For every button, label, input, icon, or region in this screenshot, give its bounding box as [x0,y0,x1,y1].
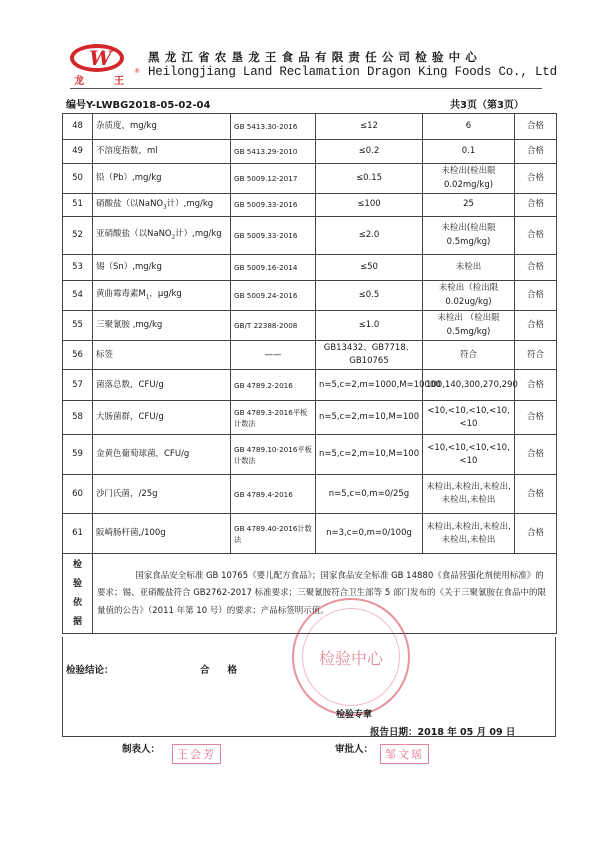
row-number: 60 [63,475,93,514]
test-method: —— [231,341,316,370]
verdict: 合格 [515,217,557,255]
verdict: 合格 [515,164,557,194]
limit-value: ≤100 [316,194,423,217]
table-row: 59金黄色葡萄球菌，CFU/gGB 4789.10-2016平板计数法n=5,c… [63,435,557,475]
table-row: 53锡（Sn）,mg/kgGB 5009.16-2014≤50未检出合格 [63,255,557,281]
limit-value: ≤0.5 [316,281,423,311]
test-method: GB 5009.16-2014 [231,255,316,281]
test-results-table: 48杂质度，mg/kgGB 5413.30-2016≤126合格49不溶度指数，… [62,113,557,634]
page-info: 共3页（第3页） [450,96,524,111]
company-logo: W 龙 王 [68,44,130,84]
test-method: GB/T 22388-2008 [231,311,316,341]
table-row: 52亚硝酸盐（以NaNO2计）,mg/kgGB 5009.33-2016≤2.0… [63,217,557,255]
registered-mark: ® [134,68,140,75]
maker-signature-stamp: 王会芳 [172,744,221,764]
approver-signature-stamp: 邹文瑶 [380,744,429,764]
row-number: 56 [63,341,93,370]
limit-value: ≤12 [316,114,423,140]
test-method: GB 4789.4-2016 [231,475,316,514]
test-item: 标签 [93,341,231,370]
test-item: 三聚氰胺 ,mg/kg [93,311,231,341]
test-result: <10,<10,<10,<10,<10 [423,435,515,475]
seal-label: 检验专章 [336,707,372,720]
limit-value: ≤2.0 [316,217,423,255]
test-item: 亚硝酸盐（以NaNO2计）,mg/kg [93,217,231,255]
verdict: 合格 [515,194,557,217]
test-result: 未检出(检出限 0.5mg/kg) [423,217,515,255]
logo-letter: W [68,46,130,70]
row-number: 57 [63,370,93,401]
test-result: 未检出（检出限 0.02ug/kg) [423,281,515,311]
limit-value: n=5,c=2,m=10,M=100 [316,435,423,475]
test-item: 锡（Sn）,mg/kg [93,255,231,281]
company-name-en: Heilongjiang Land Reclamation Dragon Kin… [148,65,557,79]
test-result: 符合 [423,341,515,370]
table-row: 56标签——GB13432、GB7718、GB10765符合符合 [63,341,557,370]
test-method: GB 5009.24-2016 [231,281,316,311]
row-number: 52 [63,217,93,255]
verdict: 合格 [515,140,557,164]
row-number: 59 [63,435,93,475]
verdict: 合格 [515,401,557,435]
document-number: 编号Y-LWBG2018-05-02-04 [66,96,210,111]
conclusion-value: 合格 [200,662,255,676]
test-item: 金黄色葡萄球菌，CFU/g [93,435,231,475]
table-row: 50铅（Pb）,mg/kgGB 5009.12-2017≤0.15未检出(检出限… [63,164,557,194]
row-number: 48 [63,114,93,140]
basis-label: 检验依据 [63,554,93,634]
test-item: 黄曲霉毒素M1，μg/kg [93,281,231,311]
verdict: 符合 [515,341,557,370]
limit-value: n=5,c=0,m=0/25g [316,475,423,514]
test-item: 不溶度指数，ml [93,140,231,164]
verdict: 合格 [515,255,557,281]
table-row: 54黄曲霉毒素M1，μg/kgGB 5009.24-2016≤0.5未检出（检出… [63,281,557,311]
test-method: GB 5413.30-2016 [231,114,316,140]
table-row: 57菌落总数，CFU/gGB 4789.2-2016n=5,c=2,m=1000… [63,370,557,401]
table-row: 61阪崎肠杆菌,/100gGB 4789.40-2016计数法n=3,c=0,m… [63,514,557,554]
test-method: GB 5009.12-2017 [231,164,316,194]
test-result: 0.1 [423,140,515,164]
test-method: GB 5413.29-2010 [231,140,316,164]
approver-label: 审批人： [335,741,373,755]
test-result: 25 [423,194,515,217]
verdict: 合格 [515,435,557,475]
test-method: GB 4789.2-2016 [231,370,316,401]
header-divider [70,88,542,89]
row-number: 49 [63,140,93,164]
verdict: 合格 [515,475,557,514]
limit-value: ≤1.0 [316,311,423,341]
test-item: 菌落总数，CFU/g [93,370,231,401]
test-result: 未检出 （检出限 0.5mg/kg) [423,311,515,341]
test-result: 未检出 [423,255,515,281]
table-row: 48杂质度，mg/kgGB 5413.30-2016≤126合格 [63,114,557,140]
row-number: 54 [63,281,93,311]
test-item: 沙门氏菌，/25g [93,475,231,514]
verdict: 合格 [515,514,557,554]
test-result: 未检出,未检出,未检出,未检出,未检出 [423,475,515,514]
row-number: 58 [63,401,93,435]
company-name-cn: 黑龙江省农垦龙王食品有限责任公司检验中心 [148,49,482,65]
test-item: 杂质度，mg/kg [93,114,231,140]
row-number: 53 [63,255,93,281]
maker-label: 制表人： [122,741,160,755]
test-item: 大肠菌群，CFU/g [93,401,231,435]
test-result: 6 [423,114,515,140]
test-method: GB 4789.40-2016计数法 [231,514,316,554]
limit-value: n=3,c=0,m=0/100g [316,514,423,554]
limit-value: n=5,c=2,m=10,M=100 [316,401,423,435]
conclusion-label: 检验结论： [66,662,114,676]
limit-value: ≤50 [316,255,423,281]
test-result: <10,<10,<10,<10,<10 [423,401,515,435]
table-row: 49不溶度指数，mlGB 5413.29-2010≤0.20.1合格 [63,140,557,164]
row-number: 50 [63,164,93,194]
stamp-text: 检验中心 [294,646,408,669]
table-row: 55三聚氰胺 ,mg/kgGB/T 22388-2008≤1.0未检出 （检出限… [63,311,557,341]
limit-value: ≤0.15 [316,164,423,194]
logo-chinese: 龙 王 [74,72,124,87]
verdict: 合格 [515,311,557,341]
row-number: 51 [63,194,93,217]
verdict: 合格 [515,370,557,401]
row-number: 55 [63,311,93,341]
limit-value: ≤0.2 [316,140,423,164]
table-row: 58大肠菌群，CFU/gGB 4789.3-2016平板计数法n=5,c=2,m… [63,401,557,435]
limit-value: GB13432、GB7718、GB10765 [316,341,423,370]
test-method: GB 5009.33-2016 [231,194,316,217]
test-result: 100,140,300,270,290 [423,370,515,401]
verdict: 合格 [515,281,557,311]
test-method: GB 4789.3-2016平板计数法 [231,401,316,435]
inspection-stamp: 检验中心 [292,598,410,716]
test-item: 铅（Pb）,mg/kg [93,164,231,194]
verdict: 合格 [515,114,557,140]
limit-value: n=5,c=2,m=1000,M=10000 [316,370,423,401]
test-method: GB 5009.33-2016 [231,217,316,255]
test-item: 阪崎肠杆菌,/100g [93,514,231,554]
row-number: 61 [63,514,93,554]
test-result: 未检出,未检出,未检出,未检出,未检出 [423,514,515,554]
table-row: 51硝酸盐（以NaNO3计）,mg/kgGB 5009.33-2016≤1002… [63,194,557,217]
report-date: 报告日期：2018 年 05 月 09 日 [370,724,515,738]
table-row: 60沙门氏菌，/25gGB 4789.4-2016n=5,c=0,m=0/25g… [63,475,557,514]
test-method: GB 4789.10-2016平板计数法 [231,435,316,475]
test-item: 硝酸盐（以NaNO3计）,mg/kg [93,194,231,217]
test-result: 未检出(检出限 0.02mg/kg) [423,164,515,194]
